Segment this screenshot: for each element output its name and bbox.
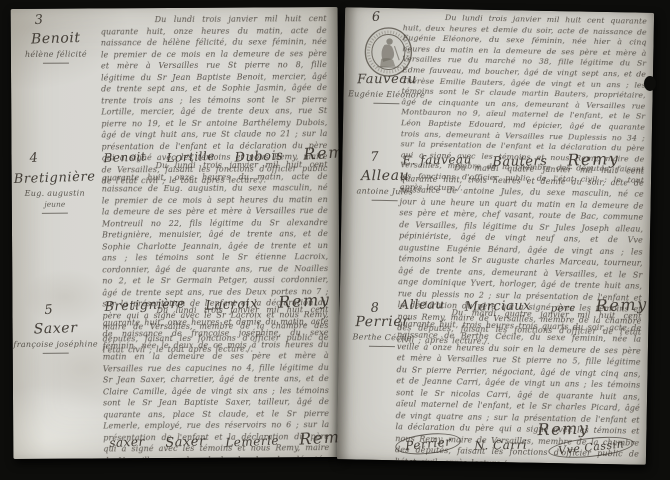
act-number: 4: [29, 151, 38, 167]
act-body-text: Du mardi quatre janvier mil huit cent qu…: [398, 161, 644, 295]
officer-signature: Remy: [298, 427, 340, 449]
margin-flourish: [42, 213, 68, 214]
act-number: 6: [372, 10, 381, 25]
margin-flourish: [372, 200, 398, 201]
margin-surname: Saxer: [12, 319, 98, 338]
signature-row: saxer Saxer Lemerle Remy: [109, 430, 340, 451]
act-number: 7: [370, 150, 379, 165]
signature: N. Carri: [474, 438, 527, 453]
act-body-text: Du lundi trois janvier mil huit cent qua…: [401, 12, 647, 152]
left-page: 3 Benoit hélène félicité Du lundi trois …: [11, 7, 341, 459]
act-number: 3: [34, 13, 43, 29]
scanned-register-spread: 3 Benoit hélène félicité Du lundi trois …: [0, 0, 670, 480]
act-margin: Saxer françoise joséphine: [13, 320, 99, 354]
act-body-text: Du lundi trois janvier mil huit cent qua…: [102, 304, 329, 429]
act-number: 5: [44, 302, 53, 318]
signature: Saxer: [165, 434, 206, 451]
act-margin: Bretignière Eug. augustin jeune: [12, 170, 98, 214]
act-margin: Benoit hélène félicité: [13, 30, 99, 64]
signature: saxer: [109, 435, 145, 450]
act-body-text: Du lundi trois janvier mil huit cent qua…: [101, 13, 328, 146]
margin-flourish: [369, 346, 395, 347]
margin-given-names: hélène félicité: [13, 49, 99, 59]
act-body-text: Du mardi quatre janvier mil huit cent qu…: [395, 306, 641, 432]
margin-surname: Benoit: [13, 29, 99, 48]
margin-surname: Bretignière: [11, 169, 97, 187]
right-page: 6 Fauveau Eugénie Eléonore Du lundi troi…: [337, 7, 654, 465]
act-body-text: Du lundi trois janvier mil huit cent qua…: [102, 159, 329, 292]
signature-row: Perrier N. Carri Vve Cassin: [395, 432, 642, 458]
margin-flourish: [43, 353, 69, 354]
margin-flourish: [43, 63, 69, 64]
margin-flourish: [373, 103, 399, 104]
margin-given-names: Eug. augustin: [12, 188, 98, 198]
margin-note: jeune: [12, 199, 98, 209]
signature: Perrier: [394, 430, 462, 457]
signature: Lemerle: [225, 433, 279, 449]
margin-given-names: françoise joséphine: [13, 339, 99, 349]
paper-edge-notch: [644, 76, 656, 91]
